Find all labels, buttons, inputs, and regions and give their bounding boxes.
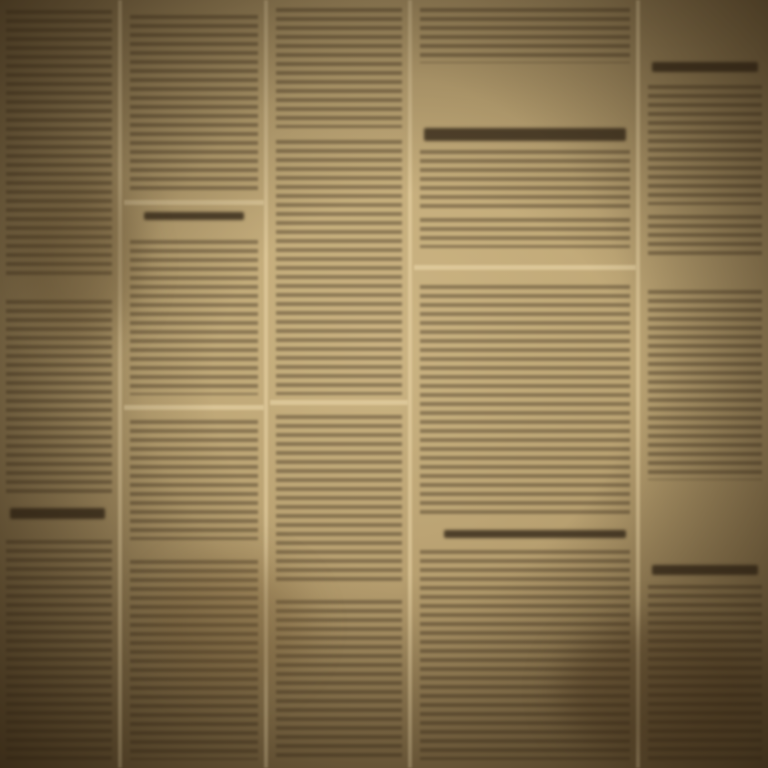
text-block — [420, 218, 630, 248]
text-block — [130, 560, 258, 760]
headline — [652, 62, 758, 72]
text-block — [130, 240, 258, 395]
text-block — [648, 290, 762, 480]
column-4 — [414, 0, 636, 768]
text-block — [6, 300, 112, 495]
text-block — [420, 285, 630, 515]
text-block — [276, 415, 402, 585]
column-rule — [118, 0, 122, 768]
text-block — [130, 15, 258, 195]
text-block — [420, 150, 630, 210]
text-block — [648, 85, 762, 205]
newspaper-texture: Aged vintage newspaper page texture with… — [0, 0, 768, 768]
column-3 — [270, 0, 408, 768]
section-rule — [414, 265, 636, 270]
text-block — [6, 10, 112, 280]
headline — [424, 128, 626, 141]
text-block — [276, 600, 402, 760]
section-rule — [270, 400, 408, 405]
headline — [144, 212, 244, 220]
text-block — [130, 420, 258, 540]
text-block — [648, 215, 762, 255]
column-rule — [264, 0, 268, 768]
headline — [652, 565, 758, 575]
text-block — [6, 540, 112, 760]
section-rule — [124, 200, 264, 205]
column-5 — [642, 0, 768, 768]
text-block — [276, 140, 402, 395]
column-2 — [124, 0, 264, 768]
headline — [444, 530, 626, 538]
text-block — [420, 8, 630, 63]
column-rule — [408, 0, 412, 768]
section-rule — [124, 405, 264, 410]
column-rule — [636, 0, 640, 768]
text-block — [648, 585, 762, 760]
headline — [10, 508, 105, 519]
text-block — [276, 8, 402, 128]
text-block — [420, 550, 630, 760]
column-1 — [0, 0, 118, 768]
